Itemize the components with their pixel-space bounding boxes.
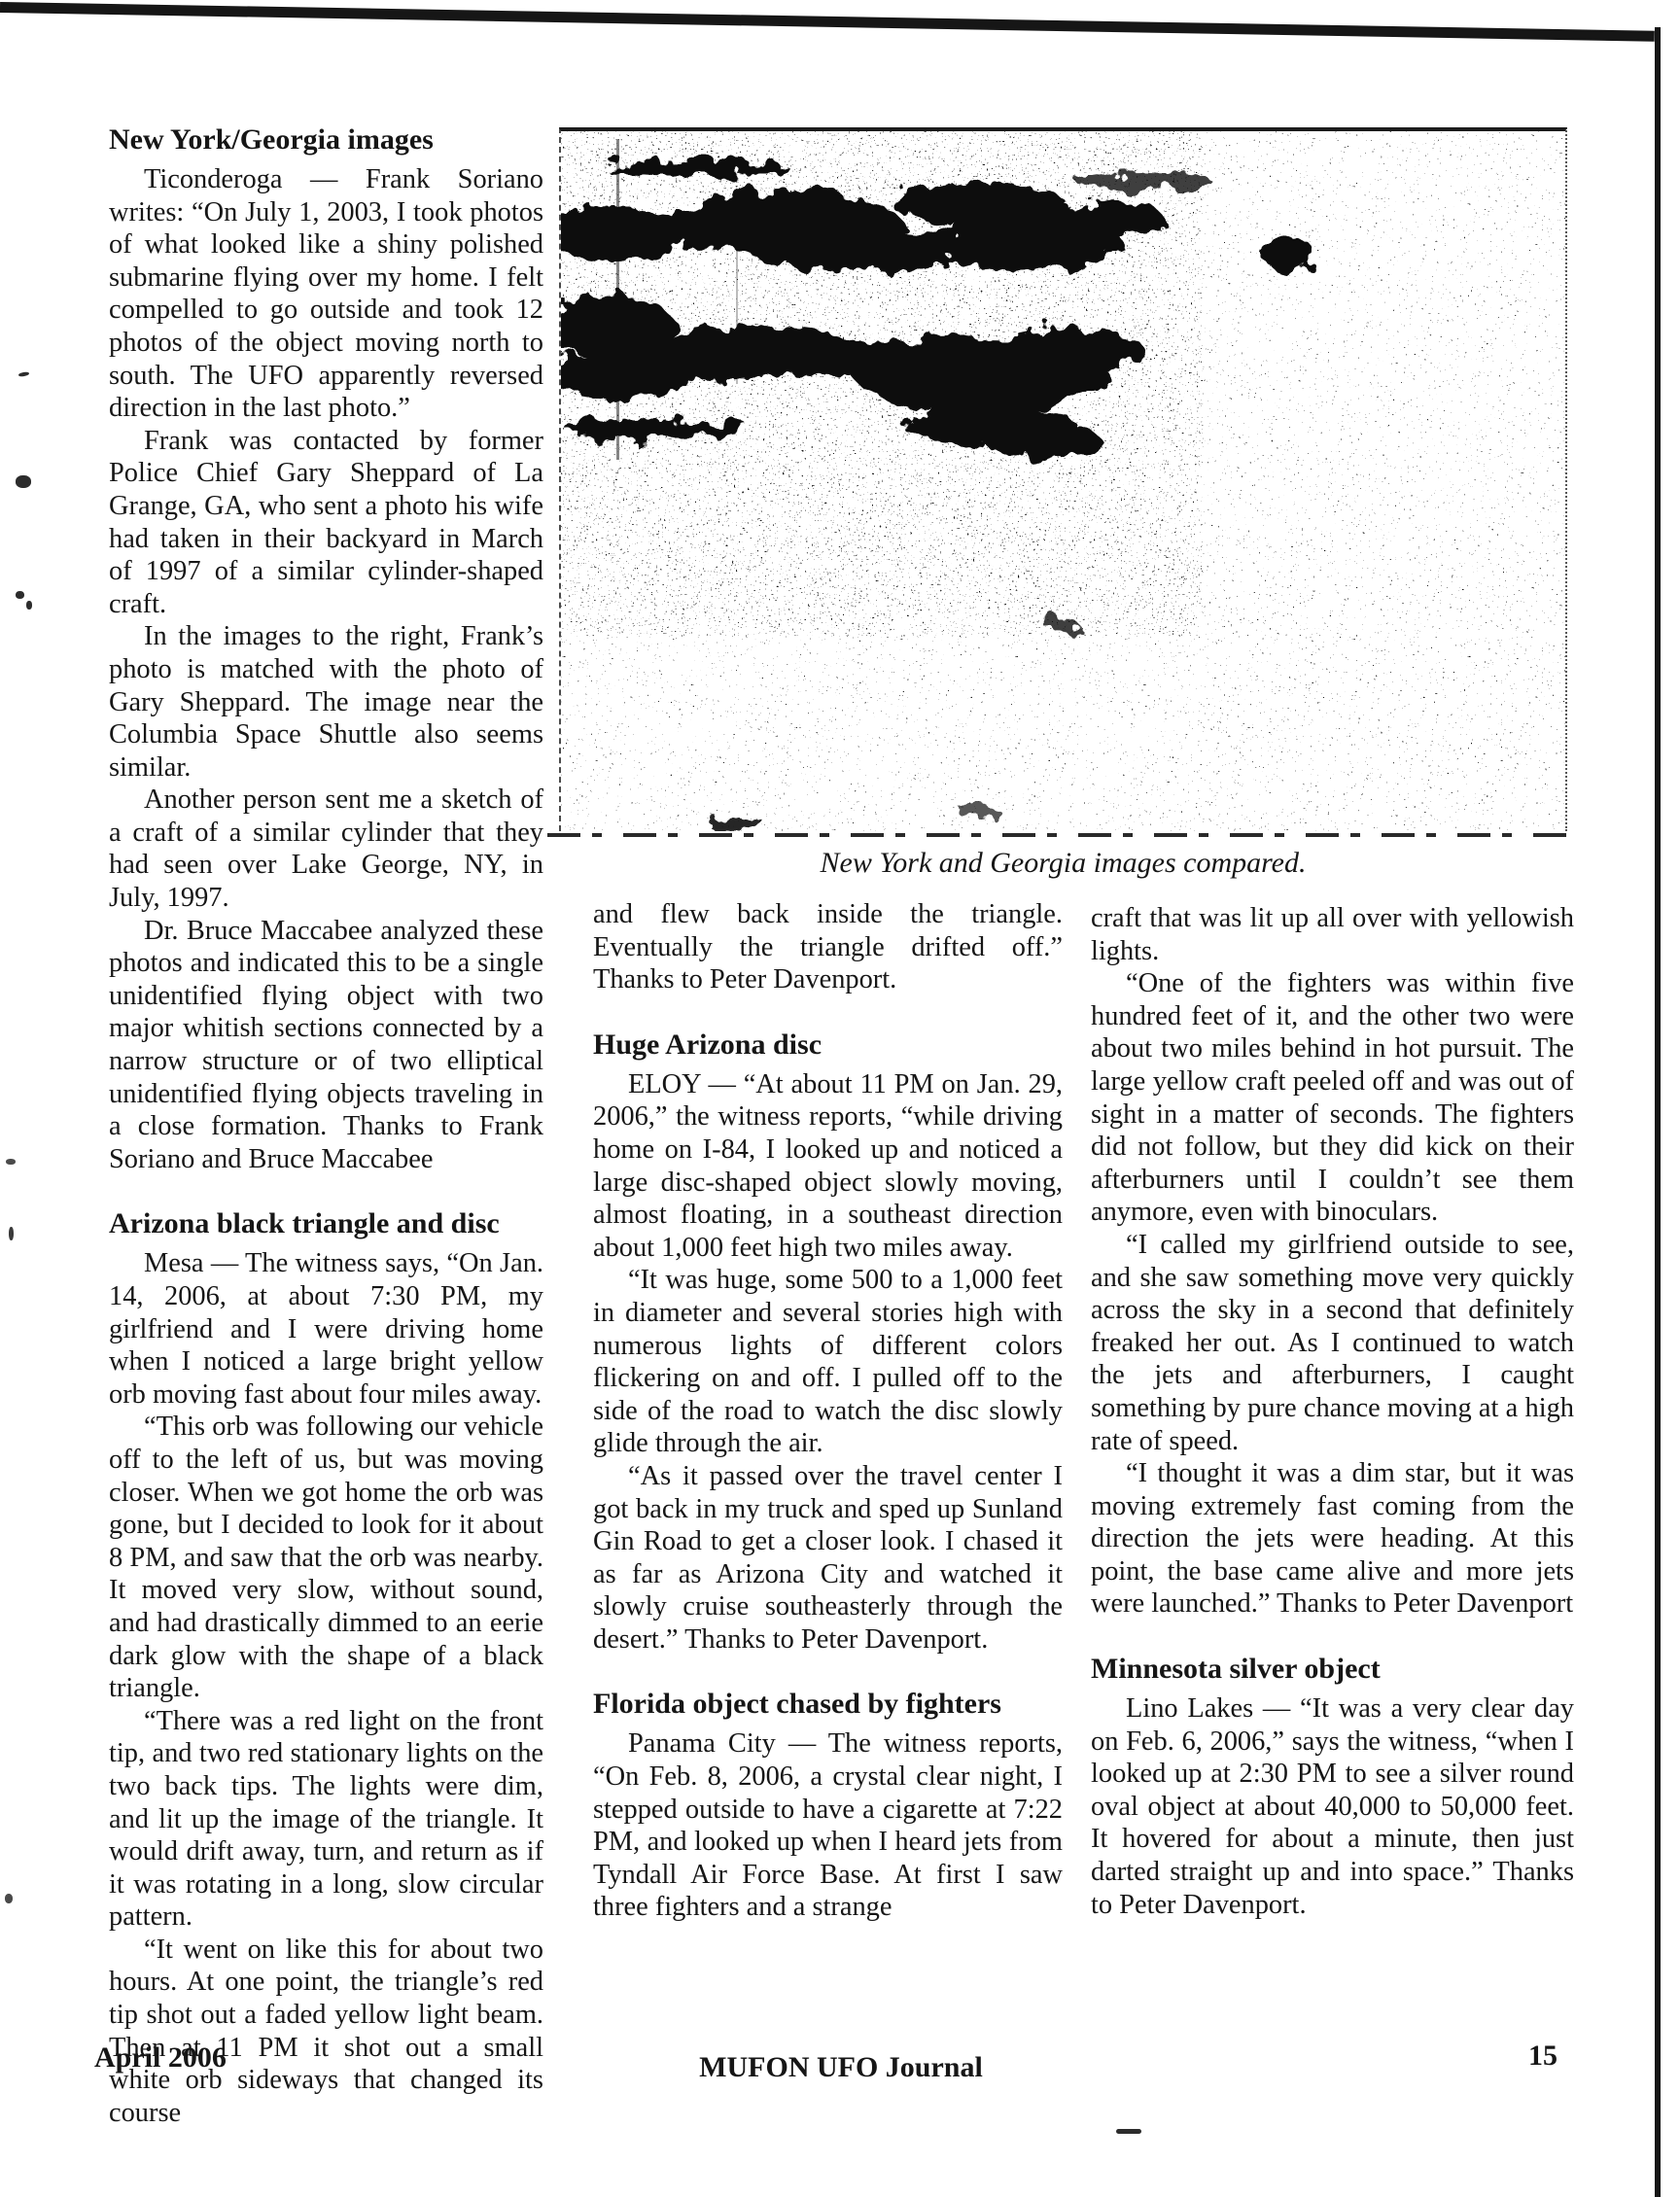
paragraph: Dr. Bruce Maccabee analyzed these photos… xyxy=(109,915,543,1176)
page-right-edge-rule xyxy=(1655,27,1661,2197)
paragraph: Mesa — The witness says, “On Jan. 14, 20… xyxy=(109,1247,543,1411)
footer-page-number: 15 xyxy=(1528,2040,1557,2073)
left-column: New York/Georgia images Ticonderoga — Fr… xyxy=(109,122,543,2129)
scan-speck xyxy=(5,1894,13,1903)
paragraph: ELOY — “At about 11 PM on Jan. 29, 2006,… xyxy=(593,1068,1063,1265)
scan-speck xyxy=(9,1227,14,1240)
paragraph: “I called my girlfriend outside to see, … xyxy=(1091,1229,1574,1457)
photo-caption: New York and Georgia images compared. xyxy=(559,846,1567,881)
paragraph: Another person sent me a sketch of a cra… xyxy=(109,784,543,914)
page-top-rule xyxy=(0,2,1655,42)
scan-speck xyxy=(26,601,32,610)
section-heading-minnesota-silver-object: Minnesota silver object xyxy=(1091,1652,1574,1687)
ufo-comparison-photo xyxy=(559,127,1567,831)
photo-grain-image xyxy=(561,131,1565,831)
paragraph: Lino Lakes — “It was a very clear day on… xyxy=(1091,1692,1574,1921)
footer-issue-date: April 2006 xyxy=(94,2041,227,2075)
paragraph: “I thought it was a dim star, but it was… xyxy=(1091,1457,1574,1621)
paragraph: Panama City — The witness reports, “On F… xyxy=(593,1727,1063,1924)
photo-bottom-dashed-rule xyxy=(547,833,1570,837)
paragraph: “It went on like this for about two hour… xyxy=(109,1934,543,2130)
paragraph: “It was huge, some 500 to a 1,000 feet i… xyxy=(593,1264,1063,1460)
paragraph: Ticonderoga — Frank Soriano writes: “On … xyxy=(109,163,543,425)
paragraph: Frank was contacted by former Police Chi… xyxy=(109,425,543,621)
scan-speck xyxy=(16,475,31,488)
paragraph: In the images to the right, Frank’s phot… xyxy=(109,620,543,784)
scan-speck xyxy=(1116,2129,1141,2134)
section-heading-florida-object-chased-by-fighters: Florida object chased by fighters xyxy=(593,1687,1063,1722)
section-heading-arizona-black-triangle-and-disc: Arizona black triangle and disc xyxy=(109,1206,543,1241)
journal-page: New York/Georgia images Ticonderoga — Fr… xyxy=(0,0,1680,2197)
section-heading-huge-arizona-disc: Huge Arizona disc xyxy=(593,1028,1063,1063)
paragraph: “This orb was following our vehicle off … xyxy=(109,1411,543,1704)
scan-speck xyxy=(18,371,30,377)
paragraph-continuation: and flew back inside the triangle. Event… xyxy=(593,898,1063,996)
right-column: craft that was lit up all over with yell… xyxy=(1091,902,1574,1921)
paragraph: “There was a red light on the front tip,… xyxy=(109,1705,543,1934)
paragraph: “As it passed over the travel center I g… xyxy=(593,1460,1063,1656)
middle-column: and flew back inside the triangle. Event… xyxy=(593,898,1063,1924)
section-heading-new-york-georgia-images: New York/Georgia images xyxy=(109,122,543,157)
scan-speck xyxy=(6,1159,16,1165)
paragraph: “One of the fighters was within five hun… xyxy=(1091,967,1574,1229)
paragraph-continuation: craft that was lit up all over with yell… xyxy=(1091,902,1574,967)
scan-speck xyxy=(16,591,24,599)
footer-journal-title: MUFON UFO Journal xyxy=(559,2051,1123,2084)
